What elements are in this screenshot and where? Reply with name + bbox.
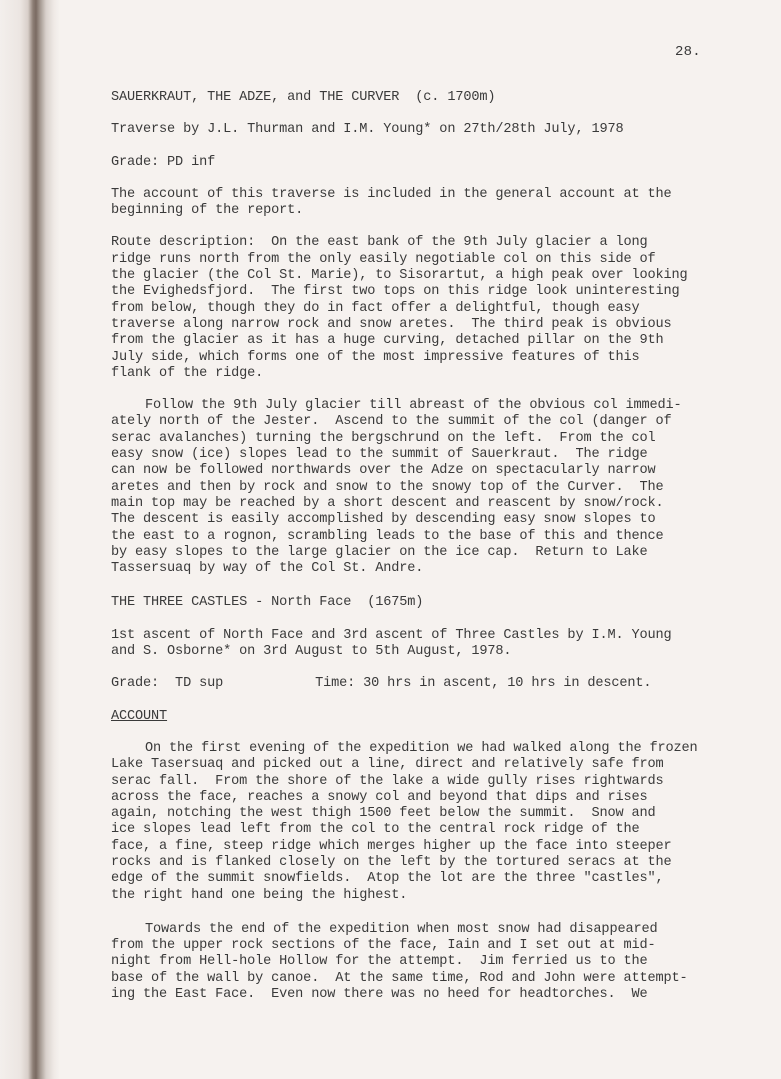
text-line: by easy slopes to the large glacier on t… [111, 545, 721, 561]
text-line: across the face, reaches a snowy col and… [111, 790, 721, 806]
text-line: ice slopes lead left from the col to the… [111, 822, 721, 838]
account-heading: ACCOUNT [111, 709, 721, 725]
route-description-paragraph: Route description: On the east bank of t… [111, 235, 721, 382]
text-line: from the upper rock sections of the face… [111, 938, 721, 954]
page-number: 28. [675, 44, 701, 60]
account-paragraph-1: On the first evening of the expedition w… [111, 741, 721, 904]
text-line: aretes and then by rock and snow to the … [111, 480, 721, 496]
book-binding-shadow [0, 0, 60, 1079]
text-line: base of the wall by canoe. At the same t… [111, 971, 721, 987]
text-line: night from Hell-hole Hollow for the atte… [111, 954, 721, 970]
text-line: ing the East Face. Even now there was no… [111, 987, 721, 1003]
text-line: the east to a rognon, scrambling leads t… [111, 529, 721, 545]
grade-three-castles: Grade: TD sup [111, 676, 223, 692]
text-line: the glacier (the Col St. Marie), to Siso… [111, 268, 721, 284]
text-line: The account of this traverse is included… [111, 187, 721, 203]
section-title-three-castles: THE THREE CASTLES - North Face (1675m) [111, 595, 721, 611]
text-line: from below, though they do in fact offer… [111, 301, 721, 317]
text-line: On the first evening of the expedition w… [111, 741, 721, 757]
traverse-credit: Traverse by J.L. Thurman and I.M. Young*… [111, 122, 721, 138]
text-line: ridge runs north from the only easily ne… [111, 252, 721, 268]
text-line: serac fall. From the shore of the lake a… [111, 774, 721, 790]
follow-paragraph: Follow the 9th July glacier till abreast… [111, 398, 721, 577]
document-body: SAUERKRAUT, THE ADZE, and THE CURVER (c.… [111, 90, 721, 1003]
text-line: The descent is easily accomplished by de… [111, 512, 721, 528]
text-line: Towards the end of the expedition when m… [111, 922, 721, 938]
text-line: serac avalanches) turning the bergschrun… [111, 431, 721, 447]
text-line: traverse along narrow rock and snow aret… [111, 317, 721, 333]
text-line: easy snow (ice) slopes lead to the summi… [111, 447, 721, 463]
text-line: edge of the summit snowfields. Atop the … [111, 871, 721, 887]
section-title-sauerkraut: SAUERKRAUT, THE ADZE, and THE CURVER (c.… [111, 90, 721, 106]
text-line: and S. Osborne* on 3rd August to 5th Aug… [111, 644, 721, 660]
text-line: ately north of the Jester. Ascend to the… [111, 414, 721, 430]
text-line: flank of the ridge. [111, 366, 721, 382]
text-line: Route description: On the east bank of t… [111, 235, 721, 251]
text-line: the Evighedsfjord. The first two tops on… [111, 284, 721, 300]
text-line: Lake Tasersuaq and picked out a line, di… [111, 757, 721, 773]
text-line: the right hand one being the highest. [111, 888, 721, 904]
text-line: can now be followed northwards over the … [111, 463, 721, 479]
text-line: beginning of the report. [111, 203, 721, 219]
account-paragraph-2: Towards the end of the expedition when m… [111, 922, 721, 1003]
text-line: again, notching the west thigh 1500 feet… [111, 806, 721, 822]
grade-time-row: Grade: TD sup Time: 30 hrs in ascent, 10… [111, 676, 721, 692]
intro-paragraph: The account of this traverse is included… [111, 187, 721, 220]
text-line: rocks and is flanked closely on the left… [111, 855, 721, 871]
ascent-credit: 1st ascent of North Face and 3rd ascent … [111, 628, 721, 661]
time-summary: Time: 30 hrs in ascent, 10 hrs in descen… [315, 676, 651, 692]
grade-sauerkraut: Grade: PD inf [111, 155, 721, 171]
text-line: from the glacier as it has a huge curvin… [111, 333, 721, 349]
text-line: July side, which forms one of the most i… [111, 350, 721, 366]
text-line: main top may be reached by a short desce… [111, 496, 721, 512]
text-line: 1st ascent of North Face and 3rd ascent … [111, 628, 721, 644]
text-line: Follow the 9th July glacier till abreast… [111, 398, 721, 414]
text-line: face, a fine, steep ridge which merges h… [111, 839, 721, 855]
text-line: Tassersuaq by way of the Col St. Andre. [111, 561, 721, 577]
